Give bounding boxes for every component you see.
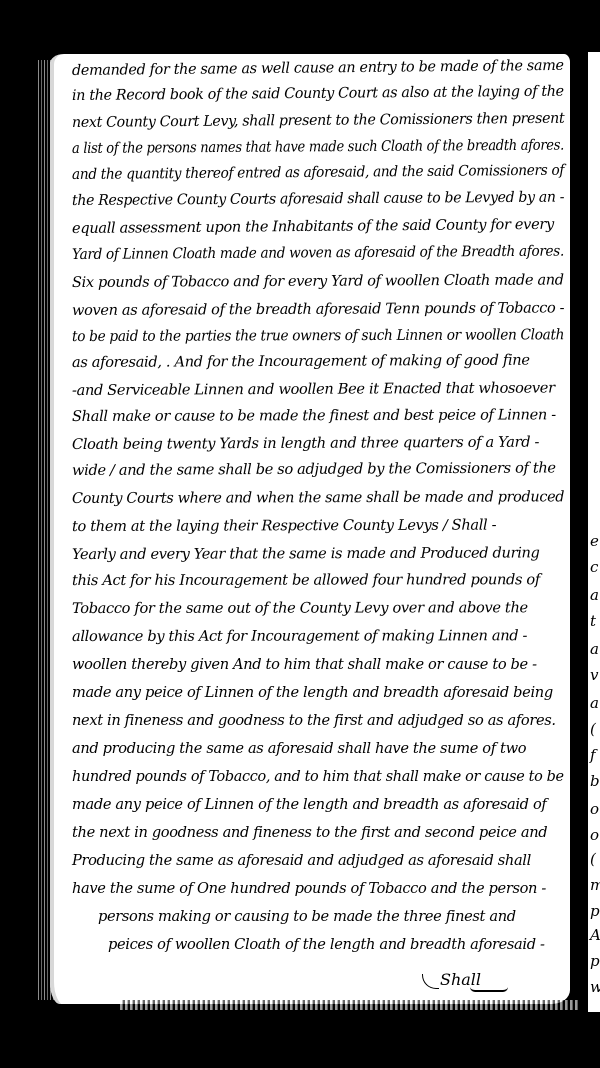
manuscript-line: the next in goodness and fineness to the…: [72, 824, 547, 841]
adjacent-fragment: a: [590, 696, 599, 711]
manuscript-line: County Courts where and when the same sh…: [72, 488, 564, 507]
manuscript-line: peices of woollen Cloath of the length a…: [108, 936, 545, 953]
adjacent-fragment: c: [590, 560, 598, 575]
adjacent-fragment: a: [590, 642, 599, 657]
page-bottom-edge: [120, 1000, 580, 1010]
manuscript-line: hundred pounds of Tobacco, and to him th…: [72, 768, 564, 785]
manuscript-line: Producing the same as aforesaid and adju…: [72, 852, 531, 869]
adjacent-fragment: (: [590, 722, 596, 737]
manuscript-line: as aforesaid, . And for the Incouragemen…: [72, 352, 530, 371]
adjacent-fragment: p: [590, 904, 600, 919]
manuscript-line: made any peice of Linnen of the length a…: [72, 796, 546, 813]
manuscript-line: persons making or causing to be made the…: [98, 908, 516, 925]
manuscript-line: Tobacco for the same out of the County L…: [72, 599, 528, 617]
manuscript-line: and producing the same as aforesaid shal…: [72, 740, 526, 757]
manuscript-line: this Act for his Incouragement be allowe…: [72, 571, 540, 589]
manuscript-line: wide / and the same shall be so adjudged…: [72, 459, 556, 479]
manuscript-line: Six pounds of Tobacco and for every Yard…: [72, 271, 564, 291]
manuscript-line: woven as aforesaid of the breadth afores…: [72, 299, 564, 319]
manuscript-line: -and Serviceable Linnen and woollen Bee …: [72, 379, 555, 399]
manuscript-line: to them at the laying their Respective C…: [72, 517, 496, 535]
adjacent-fragment: v: [590, 668, 598, 683]
manuscript-line: the Respective County Courts aforesaid s…: [72, 189, 564, 209]
manuscript-line: to be paid to the parties the true owner…: [72, 326, 564, 345]
adjacent-fragment: of: [590, 1008, 600, 1023]
adjacent-page-sliver: e c a t a v a ( f b o o ( m p A p w of: [584, 52, 600, 1012]
manuscript-line: a list of the persons names that have ma…: [72, 137, 564, 157]
manuscript-line: allowance by this Act for Incouragement …: [72, 627, 527, 645]
manuscript-line: have the sume of One hundred pounds of T…: [72, 880, 546, 897]
adjacent-fragment: e: [590, 534, 599, 549]
adjacent-fragment: b: [590, 774, 600, 789]
manuscript-line: Yard of Linnen Cloath made and woven as …: [72, 243, 564, 263]
manuscript-line: next in fineness and goodness to the fir…: [72, 712, 556, 729]
adjacent-fragment: A: [590, 928, 600, 943]
adjacent-fragment: a: [590, 588, 599, 603]
adjacent-fragment: p: [590, 954, 600, 969]
manuscript-line: Cloath being twenty Yards in length and …: [72, 434, 539, 453]
catchword: Shall: [440, 970, 481, 989]
manuscript-line: woollen thereby given And to him that sh…: [72, 656, 537, 673]
adjacent-fragment: o: [590, 802, 599, 817]
adjacent-fragment: w: [590, 980, 600, 995]
manuscript-line: Shall make or cause to be made the fines…: [72, 406, 556, 425]
adjacent-fragment: f: [590, 748, 596, 763]
manuscript-line: Yearly and every Year that the same is m…: [72, 544, 540, 563]
adjacent-fragment: t: [590, 614, 596, 629]
adjacent-fragment: m: [590, 878, 600, 893]
manuscript-line: made any peice of Linnen of the length a…: [72, 684, 553, 701]
adjacent-fragment: o: [590, 828, 599, 843]
adjacent-fragment: (: [590, 852, 596, 867]
